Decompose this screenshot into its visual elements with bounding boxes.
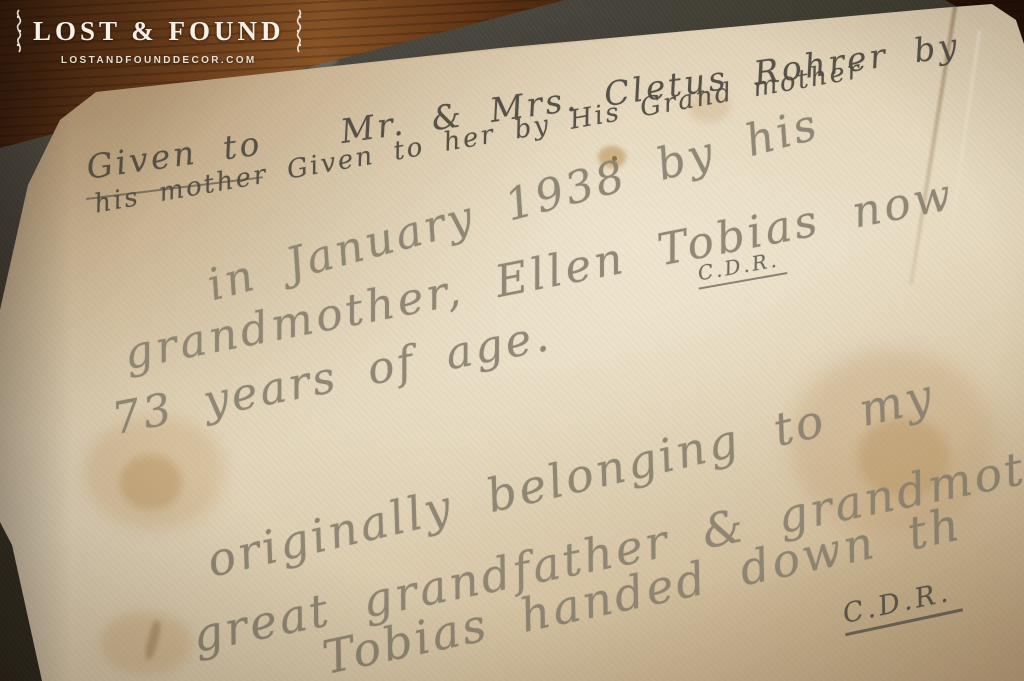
book-page: Given to Mr. & Mrs. Cletus Rohrer by his… [0, 0, 1024, 681]
logo-website: LOSTANDFOUNDDECOR.COM [12, 55, 306, 66]
initials-cdr-bottom: C.D.R. [838, 575, 964, 636]
photo-of-book-flyleaf: Given to Mr. & Mrs. Cletus Rohrer by his… [0, 0, 1024, 681]
stain [120, 455, 182, 510]
flourish-right-icon [292, 8, 306, 54]
lost-and-found-logo: LOST & FOUND LOSTANDFOUNDDECOR.COM [12, 8, 306, 66]
logo-title: LOST & FOUND [33, 16, 285, 47]
flourish-left-icon [12, 8, 26, 54]
